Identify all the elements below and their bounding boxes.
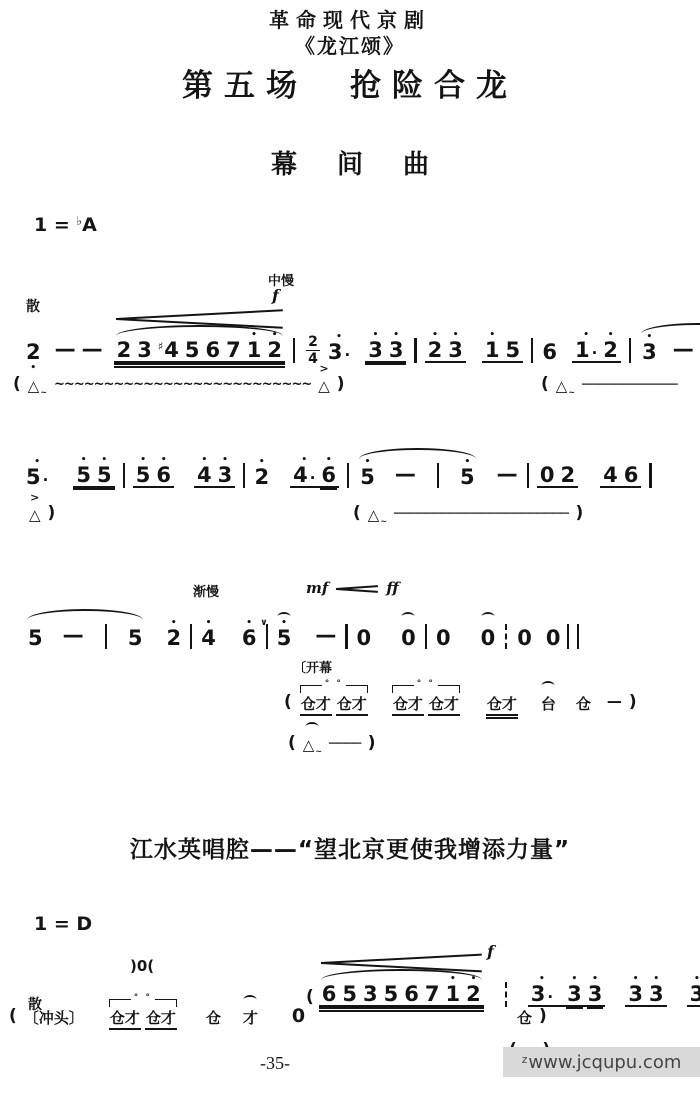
- barline: [437, 463, 439, 488]
- note-glyph: 0: [540, 465, 555, 486]
- note: —: [672, 342, 695, 363]
- octave-dot-above: •: [206, 619, 212, 628]
- note: 仓才: [109, 1011, 141, 1026]
- octave-dot-above: •: [251, 331, 257, 340]
- note: 5: [27, 628, 44, 649]
- note-glyph: 仓才: [337, 697, 367, 712]
- dynamic-f-1: f: [272, 286, 279, 305]
- note: ): [538, 1009, 548, 1026]
- accent-mark: >: [30, 492, 39, 503]
- note-group: 5—5: [25, 624, 145, 649]
- note-glyph: —: [55, 339, 76, 360]
- tempo-label-jianman: 渐慢: [193, 581, 219, 600]
- augmentation-dot: ·: [43, 473, 49, 488]
- note: ): [574, 506, 584, 523]
- dynamic-mf: mf: [306, 579, 328, 597]
- note-glyph: ────────────: [582, 378, 677, 392]
- note-glyph: △: [318, 379, 330, 394]
- barline: [293, 338, 295, 363]
- key2-tonic: 1: [34, 913, 47, 935]
- scene-title: 第五场 抢险合龙: [0, 60, 700, 105]
- fermata-icon: [481, 612, 494, 621]
- octave-dot-above: •: [489, 331, 495, 340]
- note-glyph: 0: [401, 628, 416, 649]
- bracket-dots: ° °: [322, 680, 346, 689]
- note: △~: [302, 738, 323, 753]
- octave-dot-above: •: [694, 975, 700, 984]
- barline: [243, 463, 245, 488]
- dashed-barline: [505, 624, 507, 649]
- note-glyph: 7: [226, 340, 241, 361]
- octave-dot-above: •: [161, 456, 167, 465]
- note: 3: [136, 340, 153, 361]
- note: 台: [540, 697, 557, 712]
- note: 2•: [165, 628, 182, 649]
- octave-dot-above: •: [653, 975, 659, 984]
- note: 0: [291, 1007, 306, 1026]
- piece-title: 幕间曲: [0, 144, 700, 181]
- note-glyph: 3: [531, 984, 546, 1005]
- note: 3•: [689, 984, 700, 1005]
- note: 0: [400, 628, 417, 649]
- note: 0: [539, 465, 556, 486]
- note: 仓: [575, 697, 592, 712]
- note-glyph: 3: [567, 984, 582, 1005]
- note: 3•: [447, 340, 464, 361]
- note-glyph: 仓: [576, 697, 591, 712]
- note-glyph: 5: [342, 984, 357, 1005]
- dynamic-mf-ff: mf ff: [306, 579, 399, 597]
- note-glyph: 5: [460, 467, 475, 488]
- note-glyph: (: [288, 735, 296, 752]
- note: 仓才: [300, 697, 332, 712]
- note: 2•: [427, 340, 444, 361]
- note: 0: [516, 628, 533, 649]
- note-group: 3•3•: [625, 984, 666, 1007]
- note-glyph: 2: [560, 465, 575, 486]
- note-glyph: 仓才: [393, 697, 423, 712]
- sustain-squiggle: ~: [380, 518, 387, 526]
- note-glyph: 仓才: [487, 697, 517, 712]
- note: 5: [505, 340, 522, 361]
- note-glyph: 2: [466, 984, 481, 1005]
- note-glyph: 6: [242, 628, 257, 649]
- note-glyph: 1: [247, 340, 262, 361]
- percussion-line-1-left: (△~~~~~~~~~~~~~~~~~~~~~~~~~~~△>): [12, 372, 346, 394]
- time-digit: 2: [306, 335, 320, 351]
- note: (: [305, 990, 315, 1007]
- note-group: 4·•6•: [290, 465, 339, 488]
- note-glyph: △: [368, 508, 380, 523]
- percussion-line-3b: (△~────): [287, 731, 377, 753]
- barline: [123, 463, 125, 488]
- accent-mark: >: [319, 363, 328, 374]
- note-glyph: 5: [28, 628, 43, 649]
- note-glyph: (: [306, 989, 314, 1006]
- watermark-logo: z: [522, 1053, 528, 1066]
- note: (: [352, 506, 362, 523]
- music-system-3: 5—52•4•6•∨5•—000000: [25, 619, 581, 649]
- note: 5: [341, 984, 358, 1005]
- barline: [414, 338, 416, 363]
- note: 5•: [75, 465, 92, 486]
- crescendo-hairpin-icon: [334, 583, 380, 593]
- note-glyph: 6: [156, 465, 171, 486]
- note-glyph: 1: [575, 340, 590, 361]
- note: 1·•: [574, 340, 598, 361]
- note-glyph: 3: [588, 984, 603, 1005]
- note-group: 5•5•: [73, 465, 114, 488]
- octave-dot-above: •: [539, 975, 545, 984]
- percussion-line-2-left: △>): [28, 501, 56, 523]
- note: 5: [127, 628, 144, 649]
- barline: [649, 463, 651, 488]
- note-group: 4•3•: [194, 465, 235, 488]
- note-glyph: 1: [446, 984, 461, 1005]
- note: 6: [541, 342, 558, 363]
- final-barline: [567, 624, 579, 649]
- note-glyph: (: [284, 694, 292, 711]
- note-glyph: 2: [603, 340, 618, 361]
- octave-dot-above: •: [583, 331, 589, 340]
- note: —: [62, 628, 85, 649]
- note-group: 6535671•2•: [319, 984, 484, 1007]
- key1-tonic: 1: [34, 214, 47, 236]
- time-signature: 24: [306, 335, 320, 366]
- watermark: z www.jcqupu.com: [503, 1047, 700, 1077]
- note: 2: [116, 340, 133, 361]
- note-glyph: 5: [277, 628, 292, 649]
- note: 5•: [96, 465, 113, 486]
- octave-dot-above: •: [450, 975, 456, 984]
- note: —: [606, 697, 623, 712]
- barline: [190, 624, 192, 649]
- octave-dot-above: •: [453, 331, 459, 340]
- note-glyph: 台: [541, 697, 556, 712]
- note: 仓才: [336, 697, 368, 712]
- key2-equals: =: [54, 913, 70, 935]
- note-glyph: —: [607, 694, 622, 709]
- note: 3·•: [530, 984, 554, 1005]
- note: 3•: [641, 342, 658, 363]
- note: —: [314, 628, 337, 649]
- note: 3·•: [327, 342, 351, 363]
- note: 6•: [320, 465, 337, 486]
- note: 才: [242, 1011, 259, 1026]
- note-glyph: 3: [137, 340, 152, 361]
- fermata-icon: [402, 612, 415, 621]
- note-glyph: 0: [357, 628, 372, 649]
- note: 7: [225, 340, 242, 361]
- crescendo-hairpin-icon: [116, 313, 283, 323]
- note: 仓才: [145, 1011, 177, 1026]
- note: 2•: [25, 342, 42, 363]
- key-signature-1: 1 = ♭A: [34, 214, 97, 236]
- note: —: [54, 342, 77, 363]
- note: △>: [28, 508, 42, 523]
- note-glyph: 7: [425, 984, 440, 1005]
- note: 0: [480, 628, 497, 649]
- note-glyph: 〔冲头〕: [24, 1011, 84, 1026]
- music-system-2: 5·•5•5•5•6•4•3•2•4·•6•5•—5•—0246: [25, 458, 656, 488]
- note-glyph: 5: [128, 628, 143, 649]
- note: 3•: [648, 984, 665, 1005]
- tempo-label-san-1: 散: [26, 296, 40, 316]
- fermata-icon: [278, 612, 291, 621]
- note-glyph: 0: [546, 628, 561, 649]
- note-glyph: ): [539, 1008, 547, 1025]
- octave-dot-above: •: [259, 458, 265, 467]
- note: 5•: [276, 628, 293, 649]
- augmentation-dot: ·: [592, 346, 598, 361]
- note: —: [81, 342, 104, 363]
- note: 仓才: [392, 697, 424, 712]
- note-group: 1·•2•: [572, 340, 621, 363]
- octave-dot-above: •: [326, 456, 332, 465]
- note: ): [628, 695, 638, 712]
- note-glyph: 5: [384, 984, 399, 1005]
- octave-dot-above: •: [336, 333, 342, 342]
- sharp-sign: ♯: [158, 341, 163, 352]
- music-system-1: 2•——23♯45671•2•243·•3•3•2•3•1•561·•2•3•—…: [25, 333, 700, 363]
- barline: [531, 338, 533, 363]
- aria-heading: 江水英唱腔——“望北京更使我增添力量”: [0, 831, 700, 864]
- slur-arc-icon: [321, 969, 482, 980]
- music-system-4: (6535671•2•3·•3•3•3•3•3•2•3•: [305, 977, 700, 1007]
- bracket-dots: ° °: [131, 994, 155, 1003]
- octave-dot-above: •: [140, 456, 146, 465]
- note: 1•: [484, 340, 501, 361]
- key-signature-2: 1 = D: [34, 913, 92, 935]
- note: 5·•: [25, 467, 49, 488]
- note: ────: [328, 739, 362, 753]
- note: —: [394, 467, 417, 488]
- barline: [629, 338, 631, 363]
- note-glyph: 仓才: [429, 697, 459, 712]
- octave-dot-above: •: [464, 458, 470, 467]
- note: △~: [555, 379, 576, 394]
- note-glyph: (: [353, 505, 361, 522]
- note-group: ° °仓才仓才: [298, 697, 370, 712]
- note-glyph: 才: [243, 1011, 258, 1026]
- note: 5•: [359, 467, 376, 488]
- note-glyph: 5: [360, 467, 375, 488]
- octave-dot-above: •: [471, 975, 477, 984]
- note-glyph: 3: [649, 984, 664, 1005]
- sustain-squiggle: ~: [315, 748, 322, 756]
- note: (: [283, 695, 293, 712]
- note-glyph: 3: [363, 984, 378, 1005]
- note-glyph: 3: [628, 984, 643, 1005]
- note-glyph: —: [395, 464, 416, 485]
- note: 3•: [566, 984, 583, 1005]
- note-glyph: —: [673, 339, 694, 360]
- percussion-line-4-close: 仓): [516, 1004, 548, 1026]
- octave-dot-above: •: [432, 331, 438, 340]
- note-glyph: △: [29, 508, 41, 523]
- note-glyph: (: [9, 1008, 17, 1025]
- note: (: [540, 377, 550, 394]
- note: 3•: [217, 465, 234, 486]
- note-glyph: 6: [404, 984, 419, 1005]
- note: 5: [383, 984, 400, 1005]
- note: 仓才: [486, 697, 518, 712]
- octave-dot-above: •: [101, 456, 107, 465]
- time-digit: 4: [308, 351, 318, 366]
- note: 3•: [388, 340, 405, 361]
- note: (: [8, 1009, 18, 1026]
- note-group: 02: [537, 465, 578, 488]
- note-glyph: —: [315, 625, 336, 646]
- note-glyph: 0: [517, 628, 532, 649]
- note-group: 1•5: [482, 340, 523, 363]
- work-title: 《龙江颂》: [0, 30, 700, 59]
- note: 6•: [155, 465, 172, 486]
- note: △~: [27, 379, 48, 394]
- note-glyph: 3: [690, 984, 700, 1005]
- note: 2: [559, 465, 576, 486]
- note-glyph: ): [575, 505, 583, 522]
- note-glyph: 6: [542, 342, 557, 363]
- note: 仓: [516, 1011, 533, 1026]
- note-glyph: 5: [76, 465, 91, 486]
- dynamic-f-2: f: [487, 942, 494, 961]
- percussion-line-3: (° °仓才仓才° °仓才仓才仓才台仓—): [283, 690, 638, 712]
- note-glyph: △: [28, 379, 40, 394]
- note: △~: [367, 508, 388, 523]
- note-group: 3•3•: [365, 340, 406, 363]
- percussion-cue-pao: )0(: [130, 957, 154, 975]
- note-glyph: 5: [185, 340, 200, 361]
- note: 6: [403, 984, 420, 1005]
- note-glyph: 3: [368, 340, 383, 361]
- note: 3•: [587, 984, 604, 1005]
- note-group: 5•6•: [133, 465, 174, 488]
- note: 4•: [200, 628, 217, 649]
- note-glyph: 仓: [206, 1011, 221, 1026]
- note-glyph: —: [63, 625, 84, 646]
- note-group: ° °仓才仓才: [390, 697, 462, 712]
- note-glyph: ): [629, 694, 637, 711]
- note-glyph: 6: [205, 340, 220, 361]
- note-glyph: 6: [322, 984, 337, 1005]
- note: 4·•: [292, 465, 316, 486]
- note-glyph: ): [48, 505, 56, 522]
- octave-dot-above: •: [393, 331, 399, 340]
- note-glyph: 5: [97, 465, 112, 486]
- note-glyph: 5: [506, 340, 521, 361]
- note-group: ° °仓才仓才: [107, 1011, 179, 1026]
- note-glyph: 仓: [517, 1011, 532, 1026]
- note: 5•: [459, 467, 476, 488]
- note-glyph: ): [337, 376, 345, 393]
- octave-dot-above: •: [272, 331, 278, 340]
- dynamic-ff: ff: [386, 579, 398, 597]
- note-glyph: 6: [321, 465, 336, 486]
- note-group: 23♯45671•2•: [114, 340, 285, 363]
- note-glyph: —: [82, 339, 103, 360]
- stage-cue-kaimu: 〔开幕: [293, 657, 332, 676]
- note-glyph: 4: [201, 628, 216, 649]
- key1-equals: =: [54, 214, 70, 236]
- sustain-squiggle: ~: [40, 389, 47, 397]
- note-glyph: 仓才: [110, 1011, 140, 1026]
- note-glyph: ): [368, 735, 376, 752]
- note-glyph: 3: [448, 340, 463, 361]
- note-glyph: (: [541, 376, 549, 393]
- note-glyph: 4: [164, 340, 179, 361]
- barline: [527, 463, 529, 488]
- note: 4•: [196, 465, 213, 486]
- octave-dot-above: •: [647, 333, 653, 342]
- octave-dot-above: •: [171, 619, 177, 628]
- octave-dot-above: •: [592, 975, 598, 984]
- note: ────────────: [581, 380, 678, 394]
- octave-dot-above: •: [81, 456, 87, 465]
- note-glyph: 0: [436, 628, 451, 649]
- note-glyph: 0: [481, 628, 496, 649]
- note: 3•: [627, 984, 644, 1005]
- note: 5: [184, 340, 201, 361]
- note: 5•: [135, 465, 152, 486]
- key2-note: D: [76, 913, 92, 935]
- note: —: [496, 467, 519, 488]
- key1-note: A: [82, 214, 97, 236]
- page-number: -35-: [215, 1053, 335, 1074]
- note-glyph: 2: [267, 340, 282, 361]
- note: 1•: [445, 984, 462, 1005]
- note-glyph: 0: [292, 1007, 305, 1026]
- note: 7: [424, 984, 441, 1005]
- breath-mark: ∨: [260, 619, 267, 628]
- note-glyph: 2: [428, 340, 443, 361]
- octave-dot-above: •: [365, 458, 371, 467]
- dashed-barline: [505, 982, 507, 1007]
- note-group: 3•2•3•: [687, 984, 700, 1007]
- note-glyph: 6: [624, 465, 639, 486]
- barline: [105, 624, 107, 649]
- note: 2•: [253, 467, 270, 488]
- note-glyph: 1: [485, 340, 500, 361]
- note: ): [367, 736, 377, 753]
- augmentation-dot: ·: [547, 990, 553, 1005]
- note-glyph: 2: [117, 340, 132, 361]
- note-glyph: 仓才: [301, 697, 331, 712]
- barline: [425, 624, 427, 649]
- note: (: [287, 736, 297, 753]
- octave-dot-above: •: [222, 456, 228, 465]
- note-glyph: 2: [26, 342, 41, 363]
- genre-line: 革命现代京剧: [0, 4, 700, 33]
- note: ): [336, 377, 346, 394]
- note-glyph: (: [13, 376, 21, 393]
- note: 0: [545, 628, 562, 649]
- note-glyph: 5: [26, 467, 41, 488]
- note: 0: [435, 628, 452, 649]
- slur-arc-icon: [359, 448, 475, 459]
- note: 0: [356, 628, 373, 649]
- note-glyph: △: [303, 738, 315, 753]
- octave-dot-above: •: [246, 619, 252, 628]
- note: 4: [602, 465, 619, 486]
- octave-dot-above: •: [373, 331, 379, 340]
- note: ): [47, 506, 57, 523]
- note: 〔冲头〕: [23, 1011, 85, 1026]
- note-glyph: 4: [197, 465, 212, 486]
- note-glyph: ────: [329, 737, 361, 751]
- note-glyph: ──────────────────────: [394, 507, 568, 521]
- note-glyph: 2: [254, 467, 269, 488]
